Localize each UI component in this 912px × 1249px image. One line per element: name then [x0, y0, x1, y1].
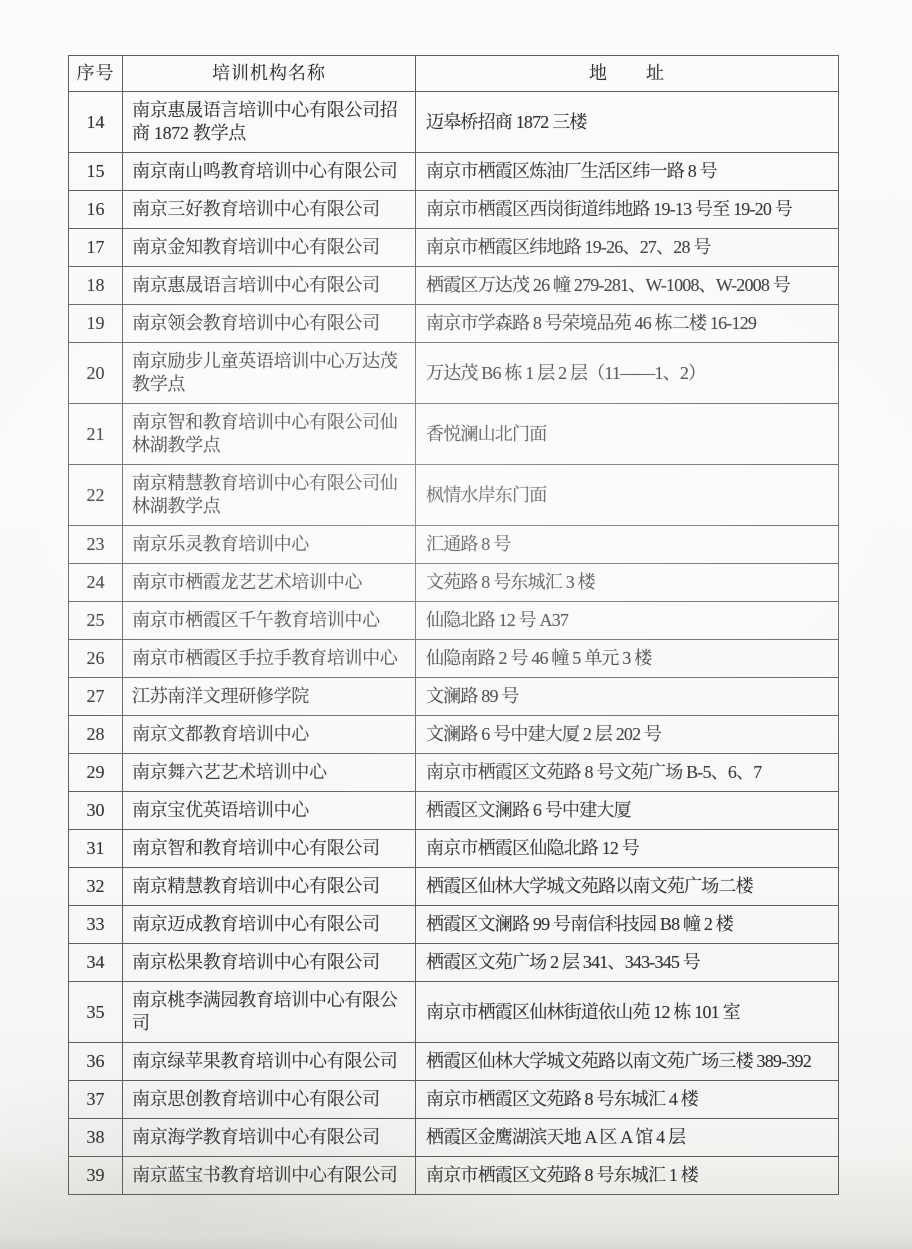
row-number-cell: 21 [69, 404, 123, 465]
table-row: 38 南京海学教育培训中心有限公司 栖霞区金鹰湖滨天地 A 区 A 馆 4 层 [69, 1119, 839, 1157]
address-cell: 汇通路 8 号 [416, 526, 839, 564]
table-row: 34 南京松果教育培训中心有限公司 栖霞区文苑广场 2 层 341、343-34… [69, 944, 839, 982]
table-row: 35 南京桃李满园教育培训中心有限公司 南京市栖霞区仙林街道依山苑 12 栋 1… [69, 982, 839, 1043]
training-institutions-table: 序号 培训机构名称 地 址 14 南京惠晟语言培训中心有限公司招商 1872 教… [68, 55, 839, 1195]
address-cell: 南京市栖霞区文苑路 8 号东城汇 4 楼 [416, 1081, 839, 1119]
table-row: 36 南京绿苹果教育培训中心有限公司 栖霞区仙林大学城文苑路以南文苑广场三楼 3… [69, 1043, 839, 1081]
institution-name-cell: 南京三好教育培训中心有限公司 [123, 191, 416, 229]
address-cell: 栖霞区仙林大学城文苑路以南文苑广场二楼 [416, 868, 839, 906]
row-number-cell: 14 [69, 92, 123, 153]
table-row: 22 南京精慧教育培训中心有限公司仙林湖教学点 枫情水岸东门面 [69, 465, 839, 526]
row-number-cell: 32 [69, 868, 123, 906]
table-row: 37 南京思创教育培训中心有限公司 南京市栖霞区文苑路 8 号东城汇 4 楼 [69, 1081, 839, 1119]
column-header-institution-name: 培训机构名称 [123, 56, 416, 92]
row-number-cell: 37 [69, 1081, 123, 1119]
institution-name-cell: 南京文都教育培训中心 [123, 716, 416, 754]
table-row: 25 南京市栖霞区千午教育培训中心 仙隐北路 12 号 A37 [69, 602, 839, 640]
row-number-cell: 22 [69, 465, 123, 526]
institution-name-cell: 南京蓝宝书教育培训中心有限公司 [123, 1157, 416, 1195]
table-row: 27 江苏南洋文理研修学院 文澜路 89 号 [69, 678, 839, 716]
address-cell: 南京市栖霞区西岗街道纬地路 19-13 号至 19-20 号 [416, 191, 839, 229]
institution-name-cell: 南京思创教育培训中心有限公司 [123, 1081, 416, 1119]
row-number-cell: 39 [69, 1157, 123, 1195]
institution-name-cell: 南京领会教育培训中心有限公司 [123, 305, 416, 343]
address-cell: 栖霞区文澜路 6 号中建大厦 [416, 792, 839, 830]
address-cell: 文澜路 6 号中建大厦 2 层 202 号 [416, 716, 839, 754]
address-cell: 栖霞区文澜路 99 号南信科技园 B8 幢 2 楼 [416, 906, 839, 944]
row-number-cell: 26 [69, 640, 123, 678]
address-cell: 万达茂 B6 栋 1 层 2 层（11——1、2） [416, 343, 839, 404]
institution-name-cell: 南京海学教育培训中心有限公司 [123, 1119, 416, 1157]
table-row: 39 南京蓝宝书教育培训中心有限公司 南京市栖霞区文苑路 8 号东城汇 1 楼 [69, 1157, 839, 1195]
institution-name-cell: 南京精慧教育培训中心有限公司仙林湖教学点 [123, 465, 416, 526]
address-cell: 南京市栖霞区文苑路 8 号东城汇 1 楼 [416, 1157, 839, 1195]
table-row: 18 南京惠晟语言培训中心有限公司 栖霞区万达茂 26 幢 279-281、W-… [69, 267, 839, 305]
row-number-cell: 16 [69, 191, 123, 229]
address-cell: 栖霞区文苑广场 2 层 341、343-345 号 [416, 944, 839, 982]
table-row: 16 南京三好教育培训中心有限公司 南京市栖霞区西岗街道纬地路 19-13 号至… [69, 191, 839, 229]
row-number-cell: 27 [69, 678, 123, 716]
address-cell: 南京市栖霞区仙隐北路 12 号 [416, 830, 839, 868]
address-cell: 栖霞区万达茂 26 幢 279-281、W-1008、W-2008 号 [416, 267, 839, 305]
address-cell: 文澜路 89 号 [416, 678, 839, 716]
row-number-cell: 34 [69, 944, 123, 982]
address-cell: 栖霞区仙林大学城文苑路以南文苑广场三楼 389-392 [416, 1043, 839, 1081]
row-number-cell: 35 [69, 982, 123, 1043]
table-row: 30 南京宝优英语培训中心 栖霞区文澜路 6 号中建大厦 [69, 792, 839, 830]
institution-name-cell: 南京市栖霞区手拉手教育培训中心 [123, 640, 416, 678]
row-number-cell: 25 [69, 602, 123, 640]
institution-name-cell: 南京桃李满园教育培训中心有限公司 [123, 982, 416, 1043]
institution-name-cell: 江苏南洋文理研修学院 [123, 678, 416, 716]
address-cell: 南京市栖霞区文苑路 8 号文苑广场 B-5、6、7 [416, 754, 839, 792]
institution-name-cell: 南京惠晟语言培训中心有限公司招商 1872 教学点 [123, 92, 416, 153]
institution-name-cell: 南京南山鸣教育培训中心有限公司 [123, 153, 416, 191]
row-number-cell: 18 [69, 267, 123, 305]
row-number-cell: 20 [69, 343, 123, 404]
address-cell: 迈皋桥招商 1872 三楼 [416, 92, 839, 153]
institution-name-cell: 南京市栖霞区千午教育培训中心 [123, 602, 416, 640]
table-row: 29 南京舞六艺艺术培训中心 南京市栖霞区文苑路 8 号文苑广场 B-5、6、7 [69, 754, 839, 792]
table-row: 21 南京智和教育培训中心有限公司仙林湖教学点 香悦澜山北门面 [69, 404, 839, 465]
table-row: 26 南京市栖霞区手拉手教育培训中心 仙隐南路 2 号 46 幢 5 单元 3 … [69, 640, 839, 678]
institution-name-cell: 南京精慧教育培训中心有限公司 [123, 868, 416, 906]
row-number-cell: 19 [69, 305, 123, 343]
table-row: 15 南京南山鸣教育培训中心有限公司 南京市栖霞区炼油厂生活区纬一路 8 号 [69, 153, 839, 191]
column-header-no: 序号 [69, 56, 123, 92]
row-number-cell: 24 [69, 564, 123, 602]
institution-name-cell: 南京绿苹果教育培训中心有限公司 [123, 1043, 416, 1081]
column-header-address: 地 址 [416, 56, 839, 92]
row-number-cell: 31 [69, 830, 123, 868]
table-row: 33 南京迈成教育培训中心有限公司 栖霞区文澜路 99 号南信科技园 B8 幢 … [69, 906, 839, 944]
institution-name-cell: 南京宝优英语培训中心 [123, 792, 416, 830]
institution-name-cell: 南京金知教育培训中心有限公司 [123, 229, 416, 267]
table-row: 20 南京励步儿童英语培训中心万达茂教学点 万达茂 B6 栋 1 层 2 层（1… [69, 343, 839, 404]
address-cell: 仙隐北路 12 号 A37 [416, 602, 839, 640]
institution-name-cell: 南京智和教育培训中心有限公司 [123, 830, 416, 868]
row-number-cell: 15 [69, 153, 123, 191]
table-header-row: 序号 培训机构名称 地 址 [69, 56, 839, 92]
row-number-cell: 30 [69, 792, 123, 830]
institution-name-cell: 南京松果教育培训中心有限公司 [123, 944, 416, 982]
table-row: 14 南京惠晟语言培训中心有限公司招商 1872 教学点 迈皋桥招商 1872 … [69, 92, 839, 153]
table-row: 19 南京领会教育培训中心有限公司 南京市学森路 8 号荣境品苑 46 栋二楼 … [69, 305, 839, 343]
table-row: 17 南京金知教育培训中心有限公司 南京市栖霞区纬地路 19-26、27、28 … [69, 229, 839, 267]
row-number-cell: 29 [69, 754, 123, 792]
address-cell: 文苑路 8 号东城汇 3 楼 [416, 564, 839, 602]
table-row: 32 南京精慧教育培训中心有限公司 栖霞区仙林大学城文苑路以南文苑广场二楼 [69, 868, 839, 906]
address-cell: 枫情水岸东门面 [416, 465, 839, 526]
address-cell: 南京市学森路 8 号荣境品苑 46 栋二楼 16-129 [416, 305, 839, 343]
institution-name-cell: 南京智和教育培训中心有限公司仙林湖教学点 [123, 404, 416, 465]
row-number-cell: 38 [69, 1119, 123, 1157]
table-row: 28 南京文都教育培训中心 文澜路 6 号中建大厦 2 层 202 号 [69, 716, 839, 754]
institution-name-cell: 南京市栖霞龙艺艺术培训中心 [123, 564, 416, 602]
row-number-cell: 17 [69, 229, 123, 267]
row-number-cell: 36 [69, 1043, 123, 1081]
institution-name-cell: 南京舞六艺艺术培训中心 [123, 754, 416, 792]
row-number-cell: 33 [69, 906, 123, 944]
institution-name-cell: 南京励步儿童英语培训中心万达茂教学点 [123, 343, 416, 404]
address-cell: 南京市栖霞区纬地路 19-26、27、28 号 [416, 229, 839, 267]
table-row: 24 南京市栖霞龙艺艺术培训中心 文苑路 8 号东城汇 3 楼 [69, 564, 839, 602]
address-cell: 仙隐南路 2 号 46 幢 5 单元 3 楼 [416, 640, 839, 678]
address-cell: 栖霞区金鹰湖滨天地 A 区 A 馆 4 层 [416, 1119, 839, 1157]
row-number-cell: 23 [69, 526, 123, 564]
institution-name-cell: 南京迈成教育培训中心有限公司 [123, 906, 416, 944]
institution-name-cell: 南京乐灵教育培训中心 [123, 526, 416, 564]
institution-name-cell: 南京惠晟语言培训中心有限公司 [123, 267, 416, 305]
table-row: 23 南京乐灵教育培训中心 汇通路 8 号 [69, 526, 839, 564]
table-row: 31 南京智和教育培训中心有限公司 南京市栖霞区仙隐北路 12 号 [69, 830, 839, 868]
address-cell: 南京市栖霞区仙林街道依山苑 12 栋 101 室 [416, 982, 839, 1043]
scanned-document-page: 序号 培训机构名称 地 址 14 南京惠晟语言培训中心有限公司招商 1872 教… [0, 0, 912, 1249]
address-cell: 南京市栖霞区炼油厂生活区纬一路 8 号 [416, 153, 839, 191]
row-number-cell: 28 [69, 716, 123, 754]
address-cell: 香悦澜山北门面 [416, 404, 839, 465]
